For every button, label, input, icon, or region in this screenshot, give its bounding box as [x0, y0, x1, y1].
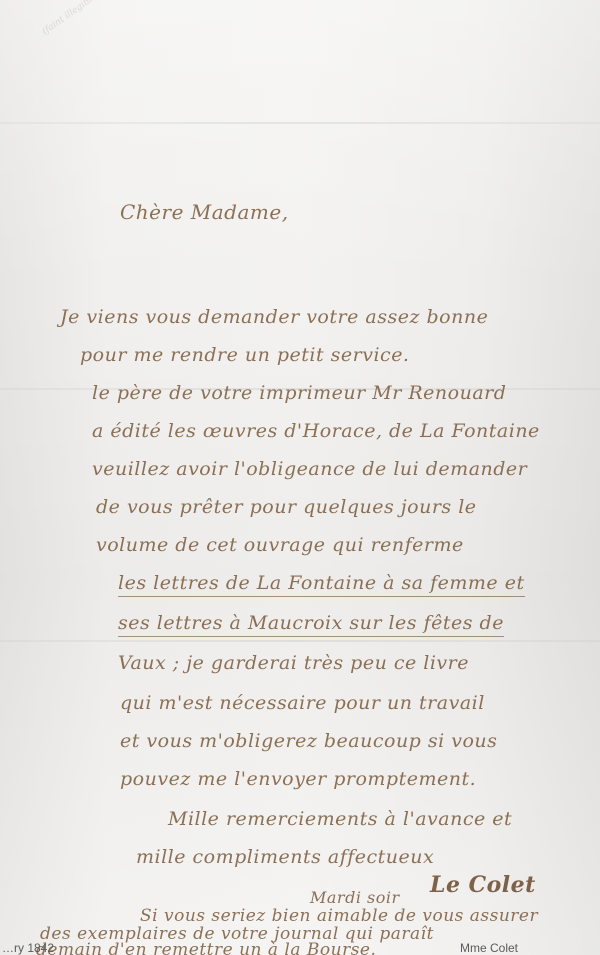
body-line: pour me rendre un petit service.: [80, 344, 409, 366]
body-line: veuillez avoir l'obligeance de lui deman…: [92, 458, 527, 480]
body-line: Vaux ; je garderai très peu ce livre: [118, 652, 469, 674]
letter-paper: (faint illegible pencil notes, top-left …: [0, 0, 600, 955]
postscript-line: demain d'en remettre un à la Bourse.: [36, 940, 376, 955]
body-line: Je viens vous demander votre assez bonne: [60, 306, 488, 328]
body-line: qui m'est nécessaire pour un travail: [120, 692, 485, 714]
body-line: a édité les œuvres d'Horace, de La Fonta…: [92, 420, 540, 442]
archive-annotation-date: …ry 1842: [2, 941, 54, 955]
body-line: le père de votre imprimeur Mr Renouard: [92, 382, 506, 404]
paper-fold: [0, 640, 600, 642]
body-line-underlined: ses lettres à Maucroix sur les fêtes de: [118, 612, 504, 637]
body-line: volume de cet ouvrage qui renferme: [96, 534, 464, 556]
body-line: de vous prêter pour quelques jours le: [96, 496, 477, 518]
body-line-underlined: les lettres de La Fontaine à sa femme et: [118, 572, 525, 597]
postscript-line: Si vous seriez bien aimable de vous assu…: [140, 906, 538, 926]
body-line: et vous m'obligerez beaucoup si vous: [120, 730, 497, 752]
closing-line: Mille remerciements à l'avance et: [168, 808, 512, 830]
dateline: Mardi soir: [310, 888, 400, 907]
salutation: Chère Madame,: [120, 200, 289, 224]
archive-annotation-name: Mme Colet: [460, 941, 518, 955]
signature: Le Colet: [430, 872, 536, 898]
closing-line: mille compliments affectueux: [136, 846, 434, 868]
pencil-note: (faint illegible pencil notes, top-left …: [40, 0, 243, 38]
body-line: pouvez me l'envoyer promptement.: [120, 768, 476, 790]
paper-fold: [0, 122, 600, 124]
